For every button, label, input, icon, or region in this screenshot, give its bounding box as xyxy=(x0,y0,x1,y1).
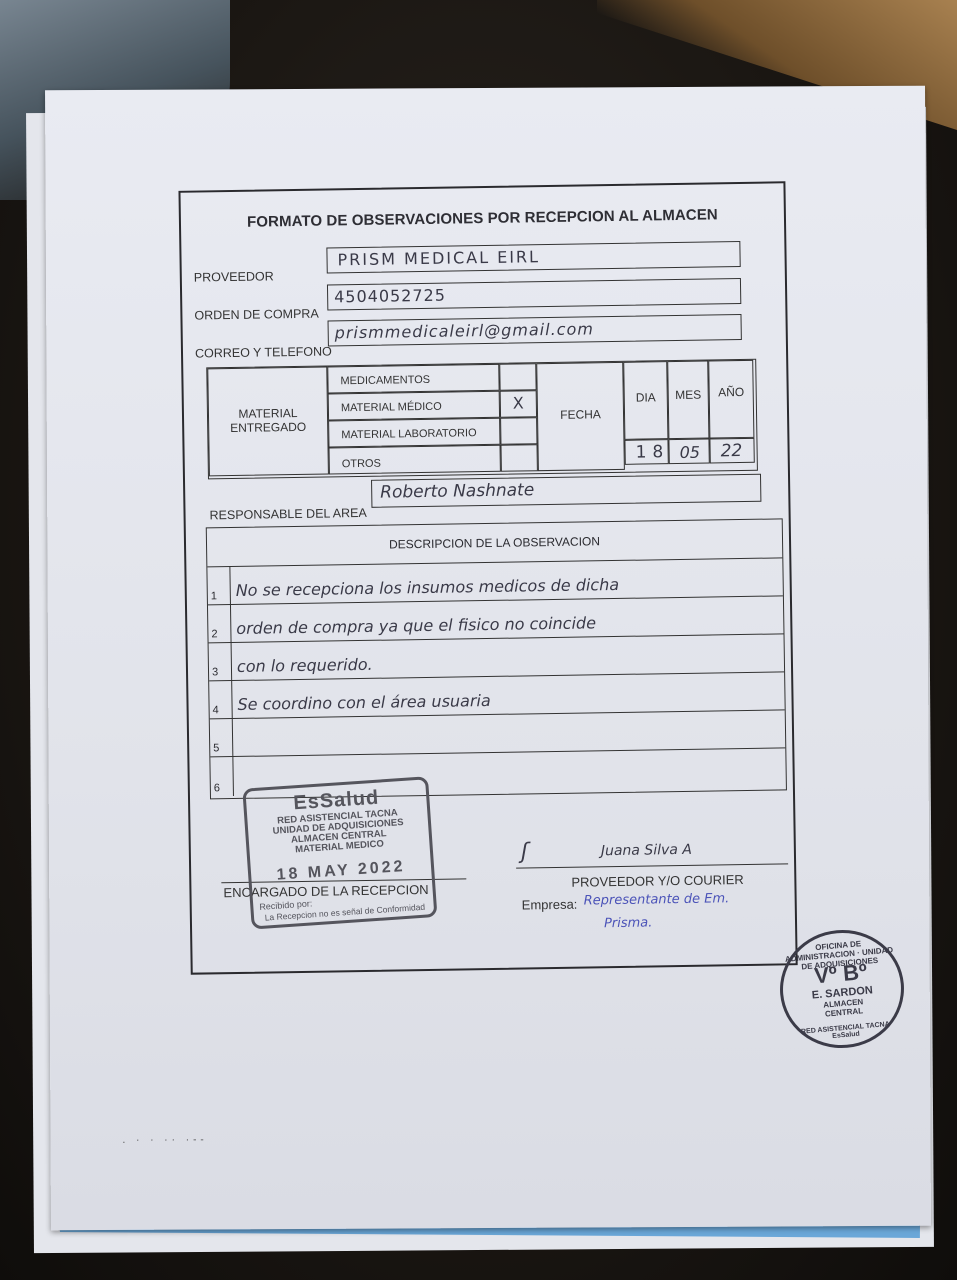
mes-field[interactable]: 05 xyxy=(668,439,709,465)
anio-header: AÑO xyxy=(708,360,754,439)
checkbox-material-medico[interactable]: X xyxy=(500,390,537,418)
empresa-label: Empresa: xyxy=(522,897,578,913)
proveedor-signature-line xyxy=(516,863,788,868)
orden-compra-field[interactable]: 4504052725 xyxy=(327,278,741,310)
essalud-reception-stamp: EsSalud RED ASISTENCIAL TACNA UNIDAD DE … xyxy=(242,776,437,929)
empresa-value: Representante de Em. xyxy=(584,891,730,908)
option-material-medico: MATERIAL MÉDICO xyxy=(328,391,500,421)
anio-field[interactable]: 22 xyxy=(709,438,754,464)
fecha-label-cell: FECHA xyxy=(536,362,625,471)
checkbox-medicamentos[interactable] xyxy=(499,363,536,391)
orden-compra-value: 4504052725 xyxy=(334,286,446,307)
observacion-table: DESCRIPCION DE LA OBSERVACION 1 No se re… xyxy=(206,518,787,799)
correo-telefono-label: CORREO Y TELEFONO xyxy=(195,344,332,360)
empresa-value-2: Prisma. xyxy=(604,915,653,931)
proveedor-signature: ʃ xyxy=(521,839,529,864)
option-otros: OTROS xyxy=(329,445,501,475)
option-material-laboratorio: MATERIAL LABORATORIO xyxy=(328,418,500,448)
proveedor-courier-label: PROVEEDOR Y/O COURIER xyxy=(571,872,744,890)
mes-header: MES xyxy=(667,361,709,440)
checkbox-material-laboratorio[interactable] xyxy=(500,417,537,445)
correo-telefono-value: prismmedicaleirl@gmail.com xyxy=(335,319,594,342)
observation-form: FORMATO DE OBSERVACIONES POR RECEPCION A… xyxy=(178,181,797,974)
dia-header: DIA xyxy=(623,361,668,440)
material-entregado-table: MATERIAL ENTREGADO MEDICAMENTOS MATERIAL… xyxy=(206,359,758,480)
dia-field[interactable]: 18 xyxy=(624,439,668,465)
checkbox-otros[interactable] xyxy=(500,444,537,472)
print-artifact: . · · ·· ·-- xyxy=(122,1134,207,1145)
proveedor-name: Juana Silva A xyxy=(601,842,692,859)
option-medicamentos: MEDICAMENTOS xyxy=(327,364,499,394)
responsable-field[interactable]: Roberto Nashnate xyxy=(371,474,761,508)
proveedor-field[interactable]: PRISM MEDICAL EIRL xyxy=(326,241,740,273)
fecha-label: FECHA xyxy=(538,407,623,422)
material-entregado-label-cell: MATERIAL ENTREGADO xyxy=(207,366,329,476)
orden-compra-label: ORDEN DE COMPRA xyxy=(194,307,319,323)
stamp-date: 18 MAY 2022 xyxy=(251,856,432,886)
material-label-2: ENTREGADO xyxy=(209,420,327,436)
responsable-value: Roberto Nashnate xyxy=(380,480,534,502)
proveedor-value: PRISM MEDICAL EIRL xyxy=(337,247,540,269)
responsable-label: RESPONSABLE DEL AREA xyxy=(209,506,366,522)
form-title: FORMATO DE OBSERVACIONES POR RECEPCION A… xyxy=(181,205,784,231)
document-page: FORMATO DE OBSERVACIONES POR RECEPCION A… xyxy=(45,86,931,1231)
correo-telefono-field[interactable]: prismmedicaleirl@gmail.com xyxy=(328,314,742,346)
vb-approval-seal: OFICINA DE ADMINISTRACION · UNIDAD DE AD… xyxy=(775,925,909,1053)
proveedor-label: PROVEEDOR xyxy=(194,269,274,284)
